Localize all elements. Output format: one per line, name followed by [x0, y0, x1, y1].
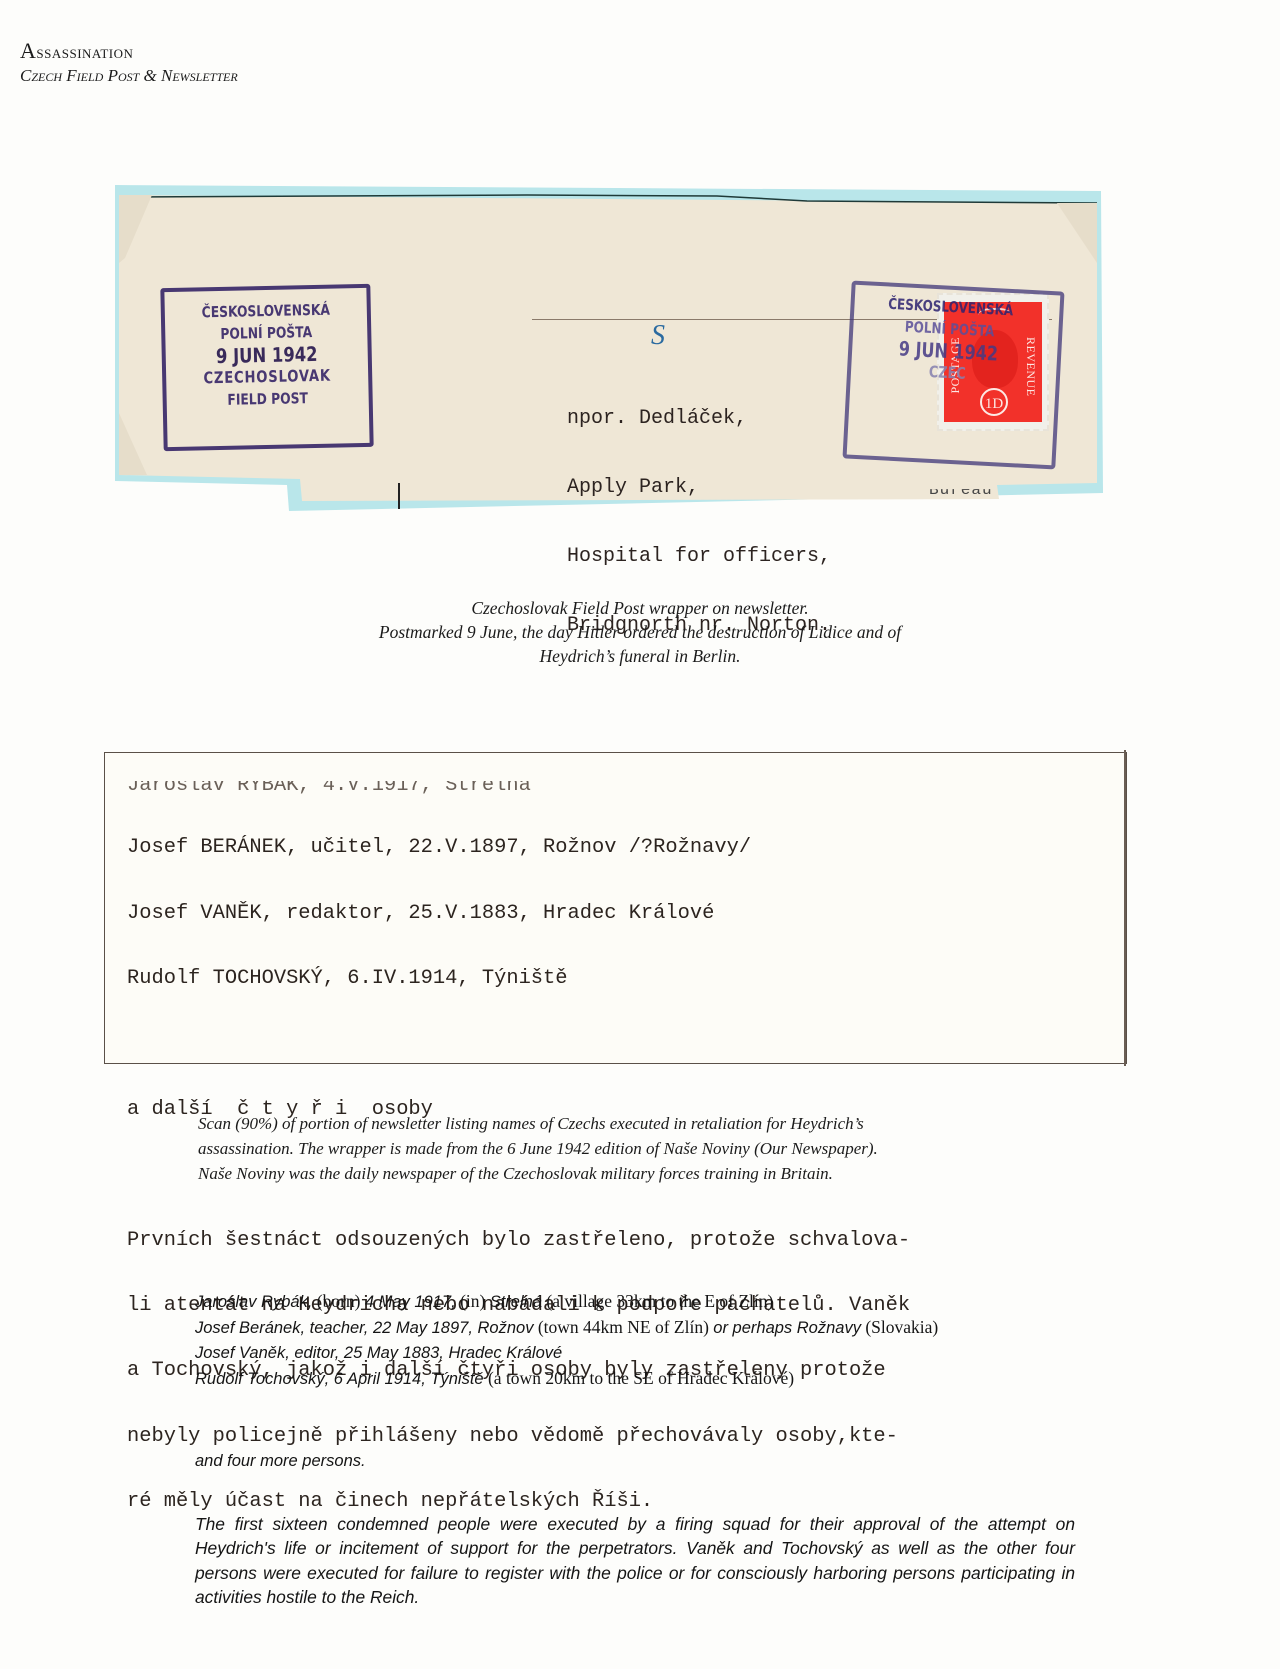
scan-paragraph-line: nebyly policejně přihlášeny nebo vědomě … [127, 1426, 910, 1448]
translation-text: (Slovakia) [861, 1317, 938, 1337]
wrapper-caption: Czechoslovak Field Post wrapper on newsl… [240, 596, 1040, 668]
caption-line: assassination. The wrapper is made from … [198, 1136, 1098, 1161]
cut-line-text: Jaroslav RYBÁK, 4.V.1917, Strelná [127, 781, 910, 794]
and-more-text: and four more persons. [195, 1452, 366, 1471]
translation-summary: The first sixteen condemned people were … [195, 1512, 1075, 1609]
cachet-line: FIELD POST [185, 386, 351, 411]
translation-text: (town 44km NE of Zlín) [533, 1317, 713, 1337]
field-post-wrapper: ČESKOSLOVENSKÁ POLNÍ POŠTA 9 JUN 1942 CZ… [107, 183, 1103, 523]
translation-text: (a town 20km to the SE of Hradec Králové… [484, 1368, 795, 1388]
scan-name-line: Josef BERÁNEK, učitel, 22.V.1897, Rožnov… [127, 837, 910, 859]
caption-line: Scan (90%) of portion of newsletter list… [198, 1111, 1098, 1136]
page-title: Assassination [20, 38, 133, 64]
translation-entry: Josef Vaněk, editor, 25 May 1883, Hradec… [195, 1340, 1075, 1366]
translation-list: Jaroslav Rybák, (born) 4 May 1917, (in) … [195, 1289, 1075, 1391]
translation-text: (a village 33km to the E of Zlín) [542, 1291, 773, 1311]
caption-line: Heydrich’s funeral in Berlin. [240, 644, 1040, 668]
address-line: npor. Dedláček, [567, 407, 831, 430]
page-subtitle: Czech Field Post & Newsletter [20, 66, 238, 86]
cut-line: Jaroslav RYBÁK, 4.V.1917, Strelná [127, 781, 910, 794]
address-line: Hospital for officers, [567, 545, 831, 568]
scan-name-line: Rudolf TOCHOVSKÝ, 6.IV.1914, Týniště [127, 968, 910, 990]
translation-text: Josef Vaněk, editor, 25 May 1883, Hradec… [195, 1344, 562, 1362]
scan-name-line: Josef VANĚK, redaktor, 25.V.1883, Hradec… [127, 903, 910, 925]
newsletter-scan: Jaroslav RYBÁK, 4.V.1917, Strelná Josef … [104, 752, 1127, 1064]
translation-text: Jaroslav Rybák, [195, 1293, 312, 1311]
scan-caption: Scan (90%) of portion of newsletter list… [198, 1111, 1098, 1186]
rule-mark [398, 483, 400, 509]
cancel-cachet: ČESKOSLOVENSKÁ POLNÍ POŠTA 9 JUN 1942 CZ… [867, 292, 1031, 388]
translation-text: 4 May 1917, [365, 1293, 456, 1311]
translation-text: (born) [312, 1291, 364, 1311]
scan-paragraph-line: ré měly účast na činech nepřátelských Ří… [127, 1491, 910, 1513]
translation-entry: Rudolf Tochovský, 6 April 1914, Týniště … [195, 1366, 1075, 1392]
translation-text: Josef Beránek, teacher, 22 May 1897, Rož… [195, 1319, 533, 1337]
translation-text: or perhaps Rožnavy [713, 1319, 861, 1337]
translation-text: Strelná [490, 1293, 542, 1311]
field-post-cachet: ČESKOSLOVENSKÁ POLNÍ POŠTA 9 JUN 1942 CZ… [160, 284, 373, 451]
translation-text: Rudolf Tochovský, 6 April 1914, Týniště [195, 1370, 484, 1388]
translation-entry: Josef Beránek, teacher, 22 May 1897, Rož… [195, 1315, 1075, 1341]
translation-text: (in) [456, 1291, 490, 1311]
handwritten-correction: S [651, 324, 665, 347]
scan-edge [1124, 750, 1126, 1066]
caption-line: Czechoslovak Field Post wrapper on newsl… [240, 596, 1040, 620]
caption-line: Naše Noviny was the daily newspaper of t… [198, 1161, 1098, 1186]
scan-paragraph-line: Prvních šestnáct odsouzených bylo zastře… [127, 1230, 910, 1252]
address-line: Apply Park, [567, 476, 831, 499]
translation-entry: Jaroslav Rybák, (born) 4 May 1917, (in) … [195, 1289, 1075, 1315]
caption-line: Postmarked 9 June, the day Hitler ordere… [240, 620, 1040, 644]
